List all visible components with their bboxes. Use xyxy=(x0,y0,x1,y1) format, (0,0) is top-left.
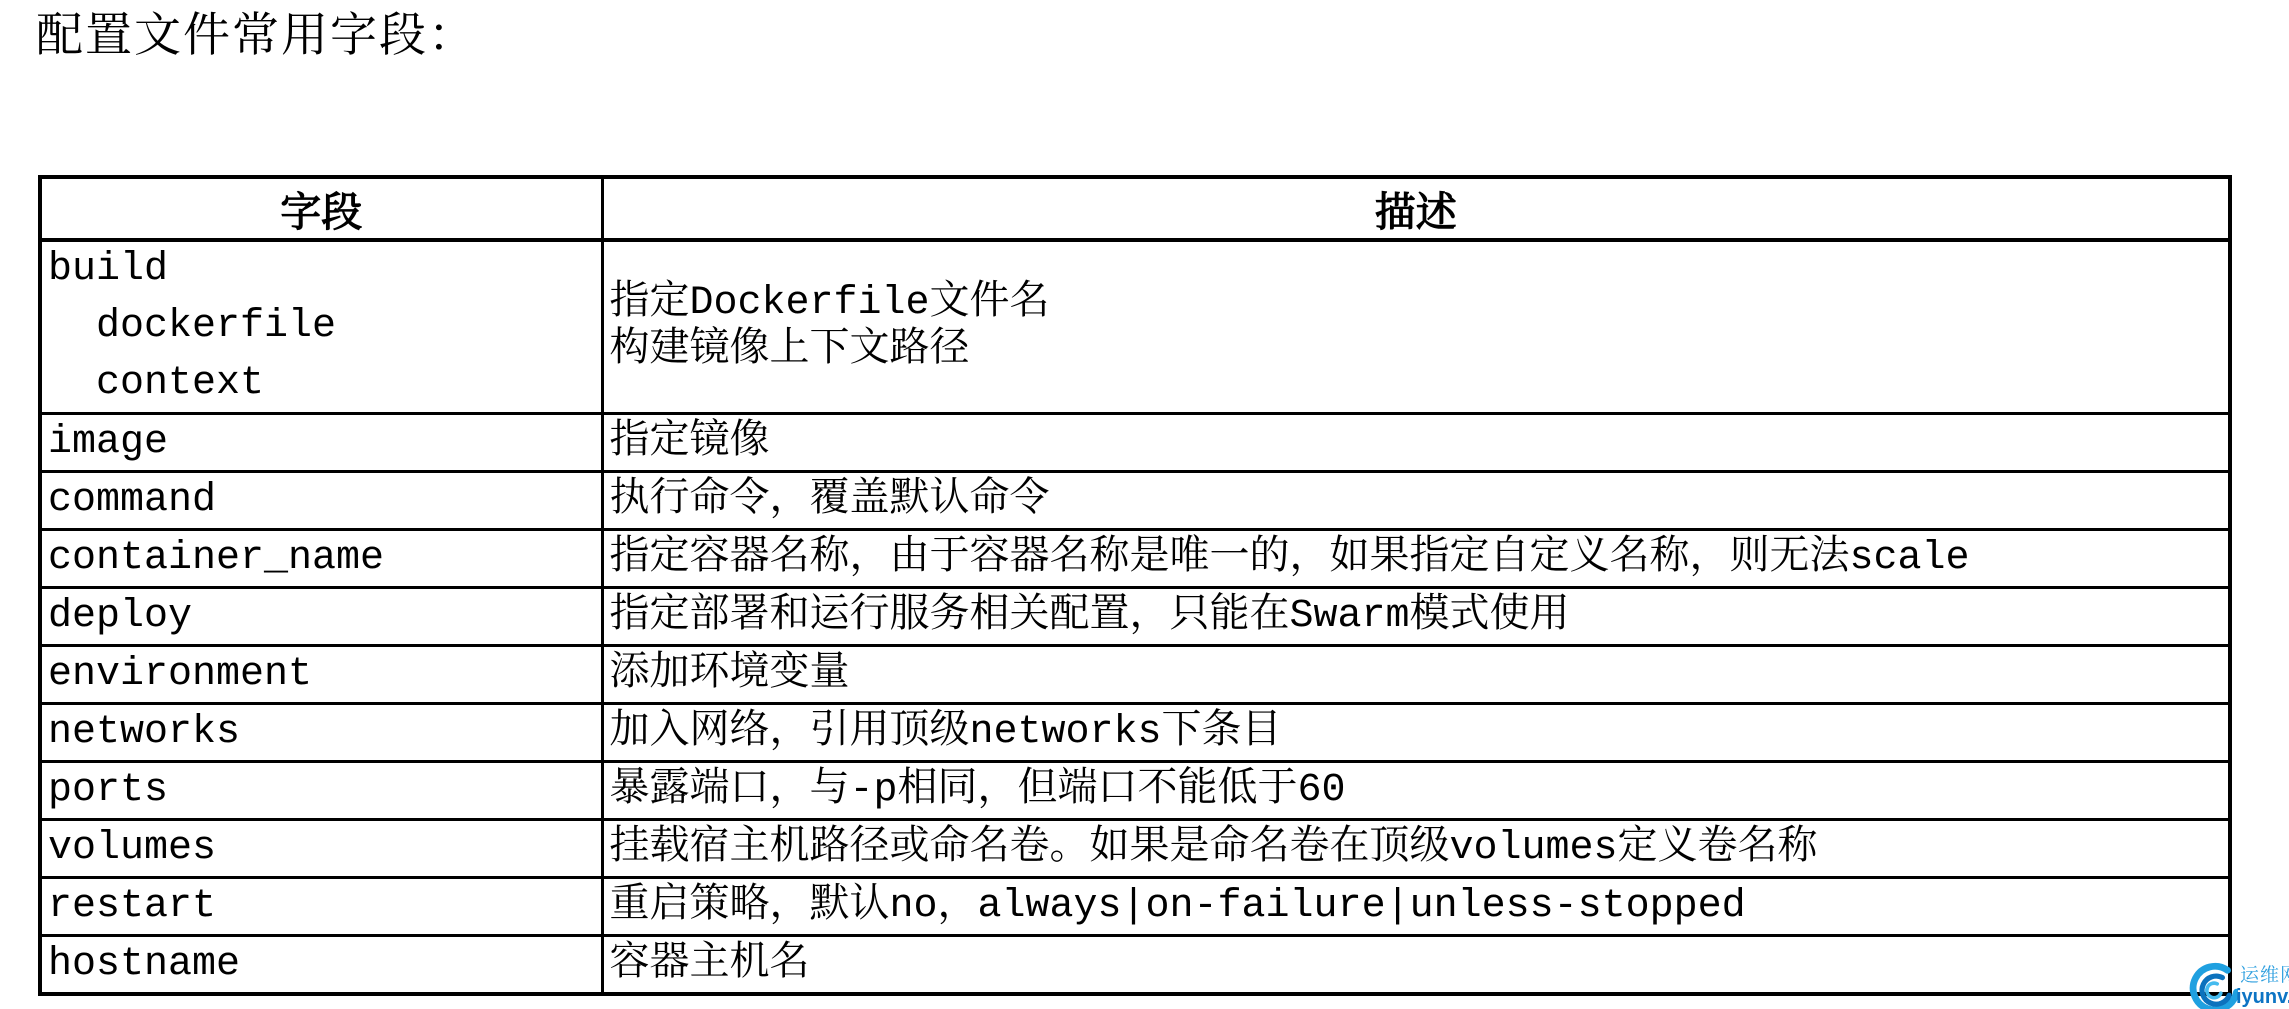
table-row-deploy: deploy 指定部署和运行服务相关配置，只能在Swarm模式使用 xyxy=(40,588,2230,646)
field-name-cell: build dockerfile context xyxy=(40,240,602,414)
field-desc-cell: 指定部署和运行服务相关配置，只能在Swarm模式使用 xyxy=(602,588,2230,646)
table-row-ports: ports 暴露端口，与-p相同，但端口不能低于60 xyxy=(40,762,2230,820)
field-desc-cell: 暴露端口，与-p相同，但端口不能低于60 xyxy=(602,762,2230,820)
field-desc-cell: 指定Dockerfile文件名 构建镜像上下文路径 xyxy=(602,240,2230,414)
field-desc-cell: 容器主机名 xyxy=(602,936,2230,994)
field-name-cell: command xyxy=(40,472,602,530)
field-desc-cell: 重启策略，默认no，always|on-failure|unless-stopp… xyxy=(602,878,2230,936)
column-header-desc: 描述 xyxy=(602,177,2230,240)
table-row-image: image 指定镜像 xyxy=(40,414,2230,472)
field-desc-cell: 挂载宿主机路径或命名卷。如果是命名卷在顶级volumes定义卷名称 xyxy=(602,820,2230,878)
field-desc-cell: 指定容器名称，由于容器名称是唯一的，如果指定自定义名称，则无法scale xyxy=(602,530,2230,588)
watermark-site-url: iyunv.com xyxy=(2236,987,2289,1007)
field-name-cell: deploy xyxy=(40,588,602,646)
field-name-cell: volumes xyxy=(40,820,602,878)
table-row-volumes: volumes 挂载宿主机路径或命名卷。如果是命名卷在顶级volumes定义卷名… xyxy=(40,820,2230,878)
table-row-command: command 执行命令，覆盖默认命令 xyxy=(40,472,2230,530)
table-header-row: 字段 描述 xyxy=(40,177,2230,240)
table-row-container-name: container_name 指定容器名称，由于容器名称是唯一的，如果指定自定义… xyxy=(40,530,2230,588)
table-row-networks: networks 加入网络，引用顶级networks下条目 xyxy=(40,704,2230,762)
field-desc-cell: 添加环境变量 xyxy=(602,646,2230,704)
swirl-logo-icon xyxy=(2186,962,2238,1009)
field-desc-cell: 执行命令，覆盖默认命令 xyxy=(602,472,2230,530)
watermark-site-name: 运维网 xyxy=(2240,966,2289,985)
field-desc-cell: 指定镜像 xyxy=(602,414,2230,472)
field-name-cell: environment xyxy=(40,646,602,704)
config-fields-table: 字段 描述 build dockerfile context 指定Dockerf… xyxy=(38,175,2232,996)
page-title: 配置文件常用字段： xyxy=(36,6,477,67)
table-row-hostname: hostname 容器主机名 xyxy=(40,936,2230,994)
field-name-cell: container_name xyxy=(40,530,602,588)
iyunv-watermark: 运维网 iyunv.com xyxy=(2186,960,2289,1009)
field-desc-cell: 加入网络，引用顶级networks下条目 xyxy=(602,704,2230,762)
field-name-cell: networks xyxy=(40,704,602,762)
table-row-restart: restart 重启策略，默认no，always|on-failure|unle… xyxy=(40,878,2230,936)
column-header-field: 字段 xyxy=(40,177,602,240)
field-name-cell: restart xyxy=(40,878,602,936)
table-row-environment: environment 添加环境变量 xyxy=(40,646,2230,704)
field-name-cell: image xyxy=(40,414,602,472)
table-row-build: build dockerfile context 指定Dockerfile文件名… xyxy=(40,240,2230,414)
field-name-cell: hostname xyxy=(40,936,602,994)
field-name-cell: ports xyxy=(40,762,602,820)
